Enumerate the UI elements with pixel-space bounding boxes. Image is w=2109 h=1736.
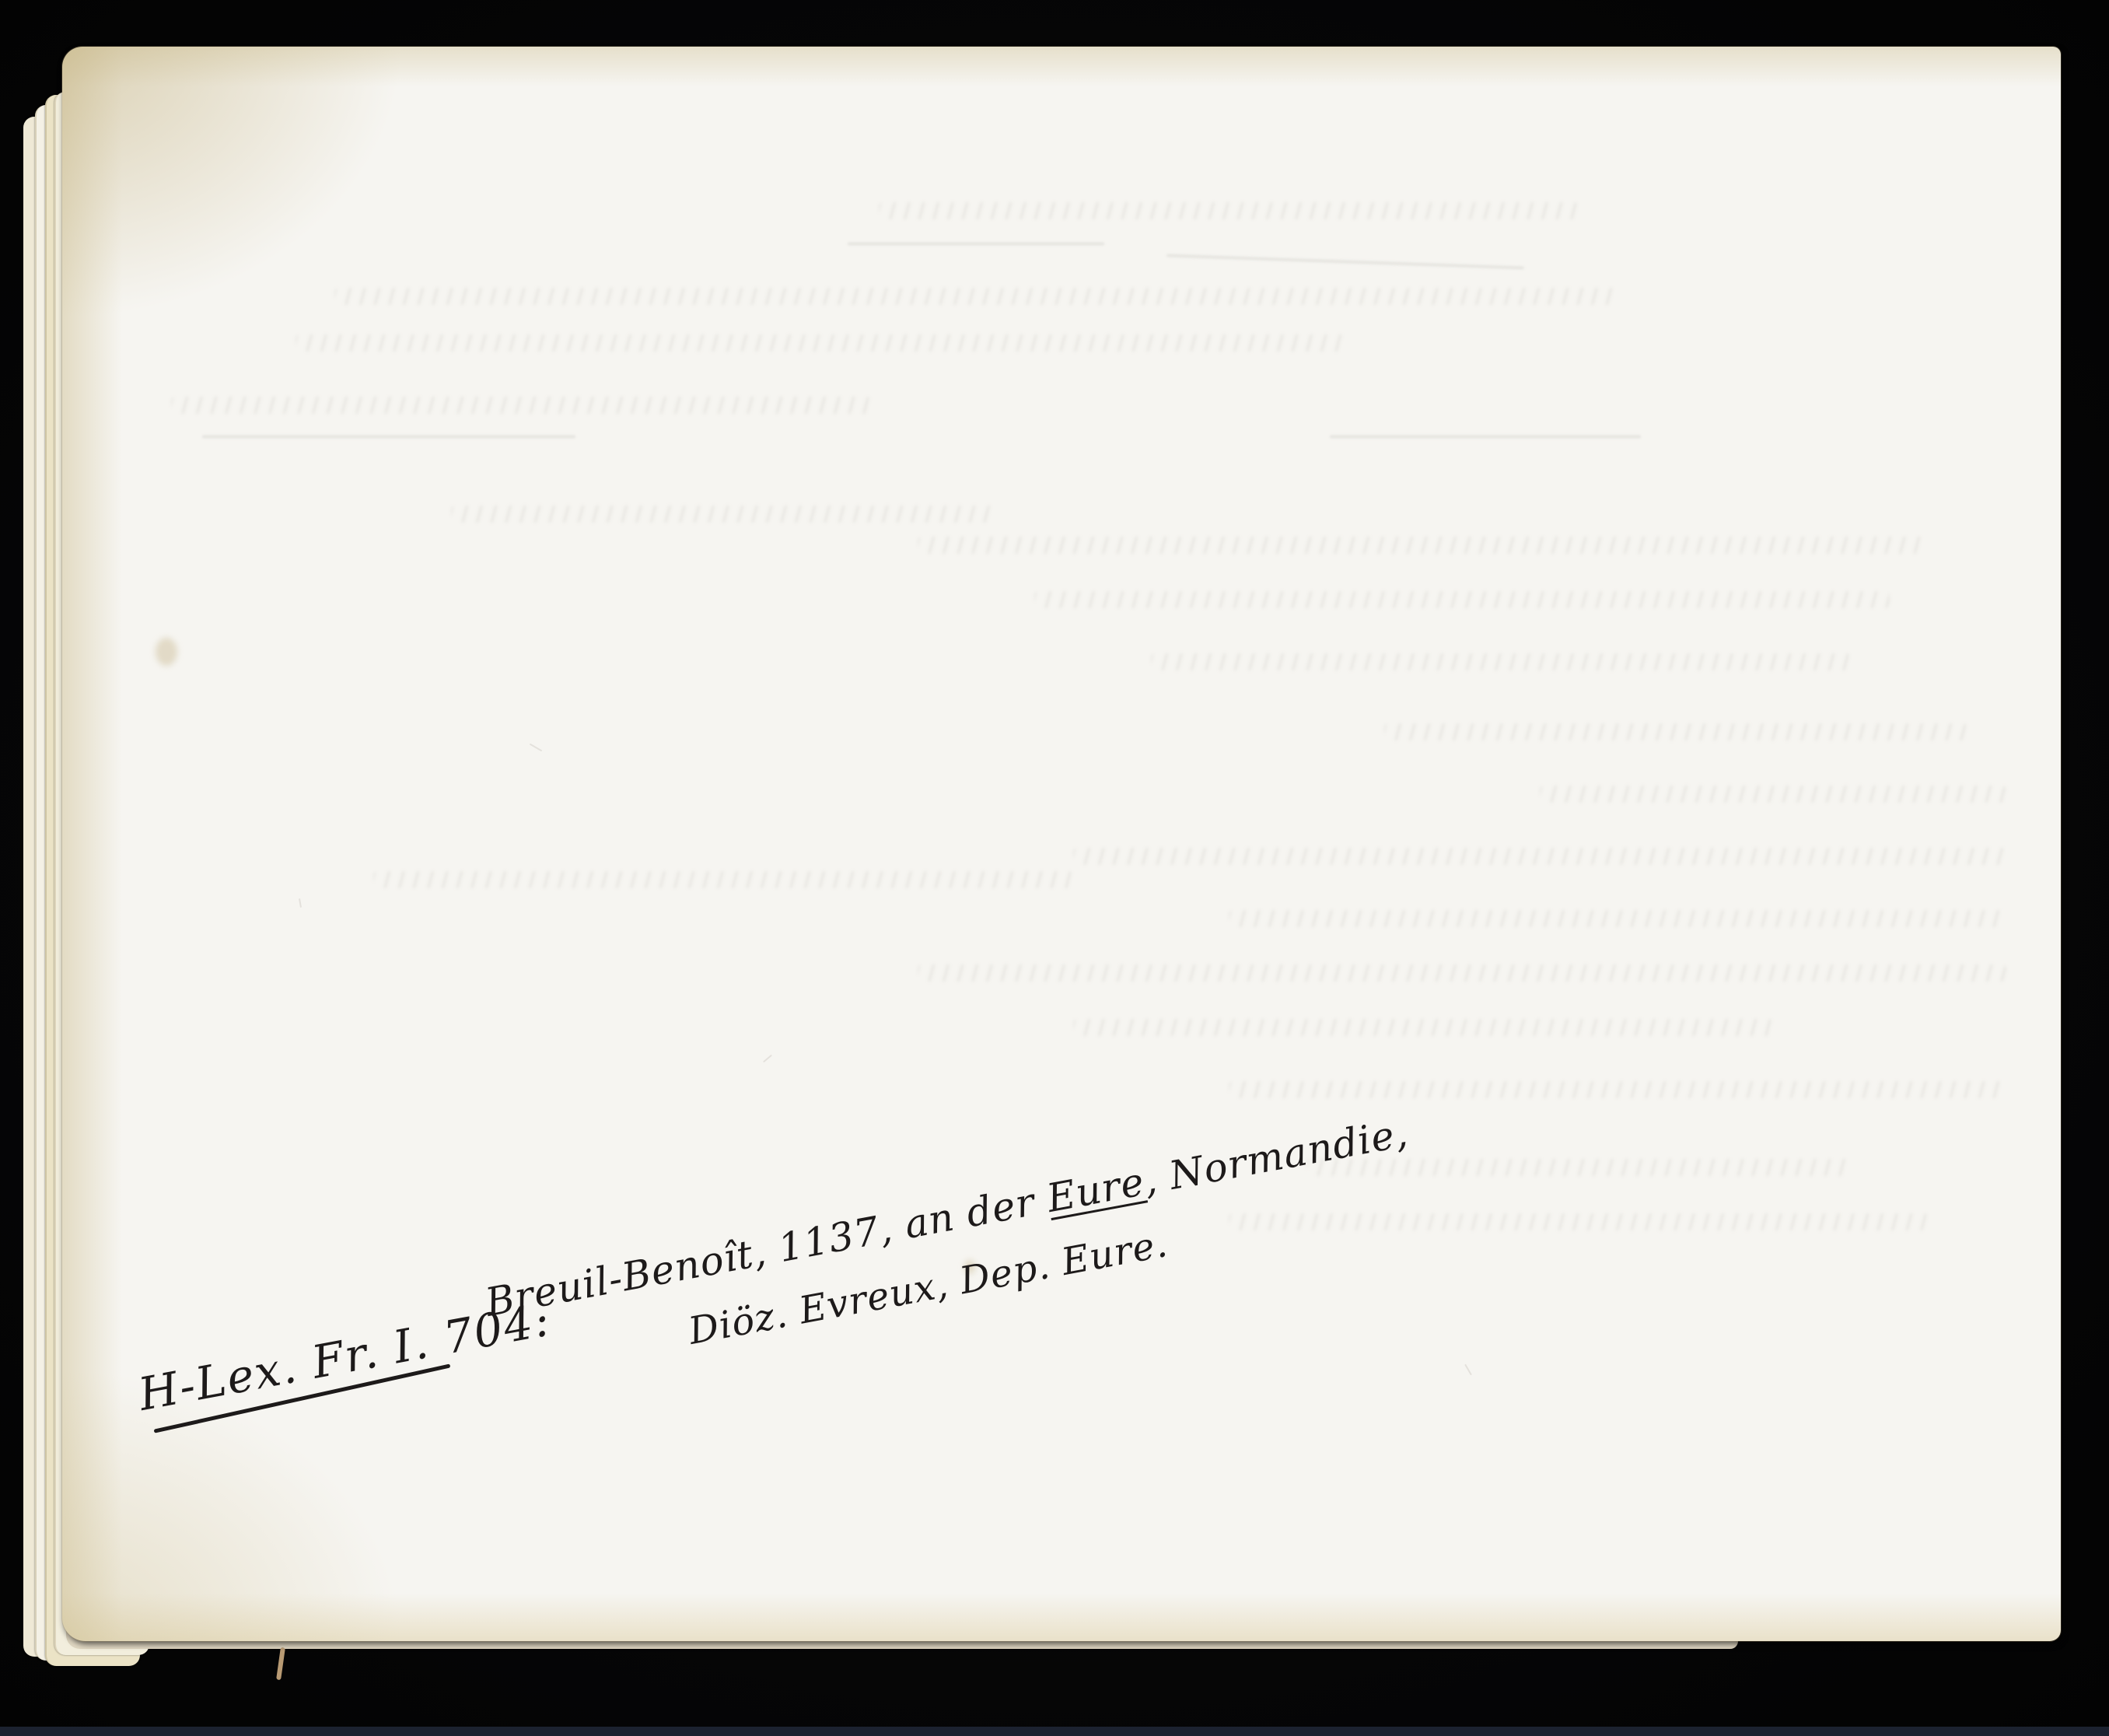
scan-scene: H-Lex. Fr. I. 704: Breuil-Benoît, 1137, … [0, 0, 2109, 1736]
manuscript-page: H-Lex. Fr. I. 704: Breuil-Benoît, 1137, … [62, 47, 2061, 1641]
bleed-through-text [171, 397, 871, 414]
binding-thread [276, 1647, 285, 1680]
bleed-through-text [1306, 1159, 1851, 1176]
scanner-bed-edge [0, 1727, 2109, 1736]
bleed-through-underline [848, 243, 1104, 245]
paper-stain [156, 638, 177, 666]
bleed-through-text [1073, 1019, 1773, 1036]
bleed-through-text [296, 334, 1345, 352]
paper-fiber [1464, 1364, 1472, 1376]
bleed-through-text [879, 202, 1579, 219]
bleed-through-text [1034, 591, 1890, 608]
bleed-through-underline [1166, 254, 1524, 269]
bleed-through-text [918, 537, 1929, 554]
bleed-through-underline [1330, 436, 1641, 438]
bleed-through-text [1384, 723, 1967, 740]
bleed-through-text [918, 964, 2006, 982]
bleed-through-text [1229, 910, 2006, 927]
paper-fiber [763, 1055, 772, 1063]
river-name: Eure [1044, 1159, 1149, 1221]
bleed-through-text [1151, 653, 1851, 670]
bleed-through-text [1229, 1081, 2006, 1098]
paper-fiber [530, 744, 543, 752]
bleed-through-text [451, 506, 995, 523]
bleed-through-text [373, 871, 1073, 888]
paper-fiber [299, 898, 302, 908]
bleed-through-underline [202, 436, 575, 438]
bleed-through-text [1073, 848, 2006, 865]
bleed-through-text [1540, 786, 2006, 803]
bleed-through-text [1229, 1213, 1929, 1230]
region-text: , Normandie, [1140, 1110, 1411, 1203]
handwritten-annotation: H-Lex. Fr. I. 704: Breuil-Benoît, 1137, … [107, 1051, 1291, 1462]
bleed-through-text [334, 288, 1618, 305]
